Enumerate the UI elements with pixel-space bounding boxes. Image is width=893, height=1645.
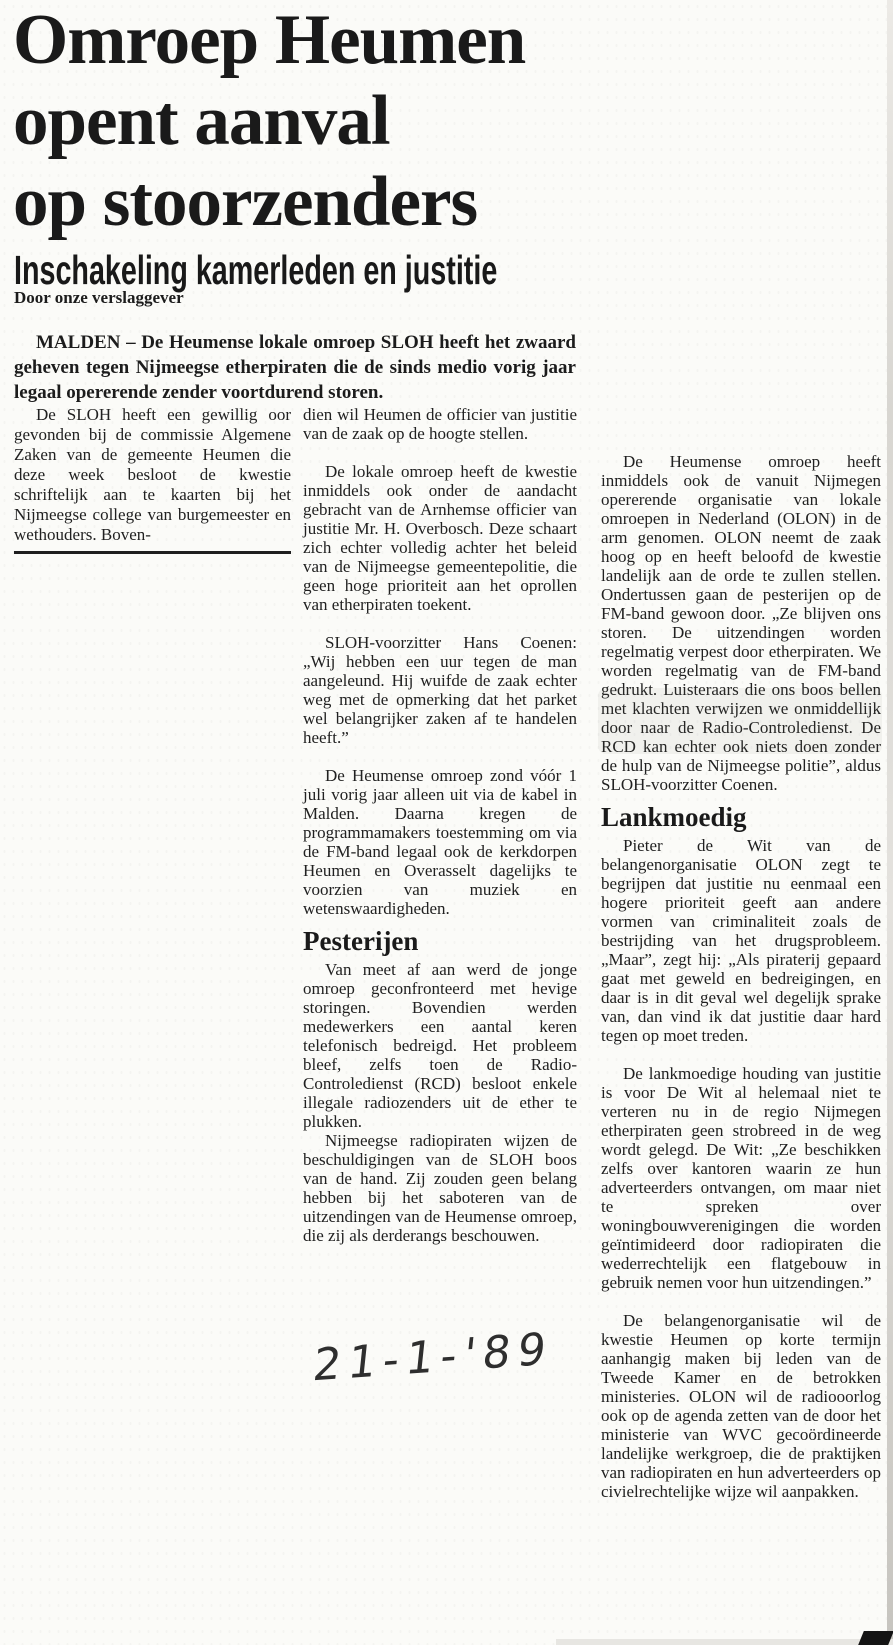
- scan-corner-mark: [858, 1631, 893, 1645]
- scan-bottom-edge-artifact: [556, 1639, 893, 1645]
- article-paragraph: De lokale omroep heeft de kwestie inmidd…: [303, 462, 577, 614]
- column-right: De Heumense omroep heeft inmiddels ook d…: [601, 452, 881, 1501]
- scan-smudge-artifact: [598, 688, 882, 754]
- column-end-rule: [14, 551, 291, 554]
- article-paragraph: Nijmeegse radiopiraten wijzen de beschul…: [303, 1131, 577, 1245]
- article-paragraph: De Heumense omroep zond vóór 1 juli vori…: [303, 766, 577, 918]
- newspaper-clipping: Omroep Heumen opent aanval op stoorzende…: [0, 0, 893, 1645]
- section-heading-lankmoedig: Lankmoedig: [601, 802, 881, 832]
- column-left: De SLOH heeft een gewillig oor gevonden …: [14, 405, 291, 545]
- article-paragraph: dien wil Heumen de officier van justitie…: [303, 405, 577, 443]
- article-lead-paragraph: MALDEN – De Heumense lokale omroep SLOH …: [14, 330, 576, 405]
- section-heading-pesterijen: Pesterijen: [303, 926, 577, 956]
- article-subheadline: Inschakeling kamerleden en justitie: [14, 249, 497, 291]
- headline-line-2: opent aanval: [13, 81, 525, 162]
- headline-line-3: op stoorzenders: [13, 162, 525, 243]
- article-byline: Door onze verslaggever: [14, 288, 184, 308]
- article-paragraph: Pieter de Wit van de belangenorganisatie…: [601, 836, 881, 1045]
- article-paragraph: Van meet af aan werd de jonge omroep gec…: [303, 960, 577, 1131]
- article-paragraph: De SLOH heeft een gewillig oor gevonden …: [14, 405, 291, 545]
- article-paragraph: De belangenorganisatie wil de kwestie He…: [601, 1311, 881, 1501]
- article-headline: Omroep Heumen opent aanval op stoorzende…: [13, 0, 525, 243]
- column-middle: dien wil Heumen de officier van justitie…: [303, 405, 577, 1245]
- article-paragraph: De lankmoedige houding van justitie is v…: [601, 1064, 881, 1292]
- scan-edge-artifact: [887, 0, 893, 1645]
- article-paragraph: SLOH-voorzitter Hans Coenen: „Wij hebben…: [303, 633, 577, 747]
- handwritten-date: 21-1-'89: [311, 1323, 556, 1391]
- headline-line-1: Omroep Heumen: [13, 0, 525, 81]
